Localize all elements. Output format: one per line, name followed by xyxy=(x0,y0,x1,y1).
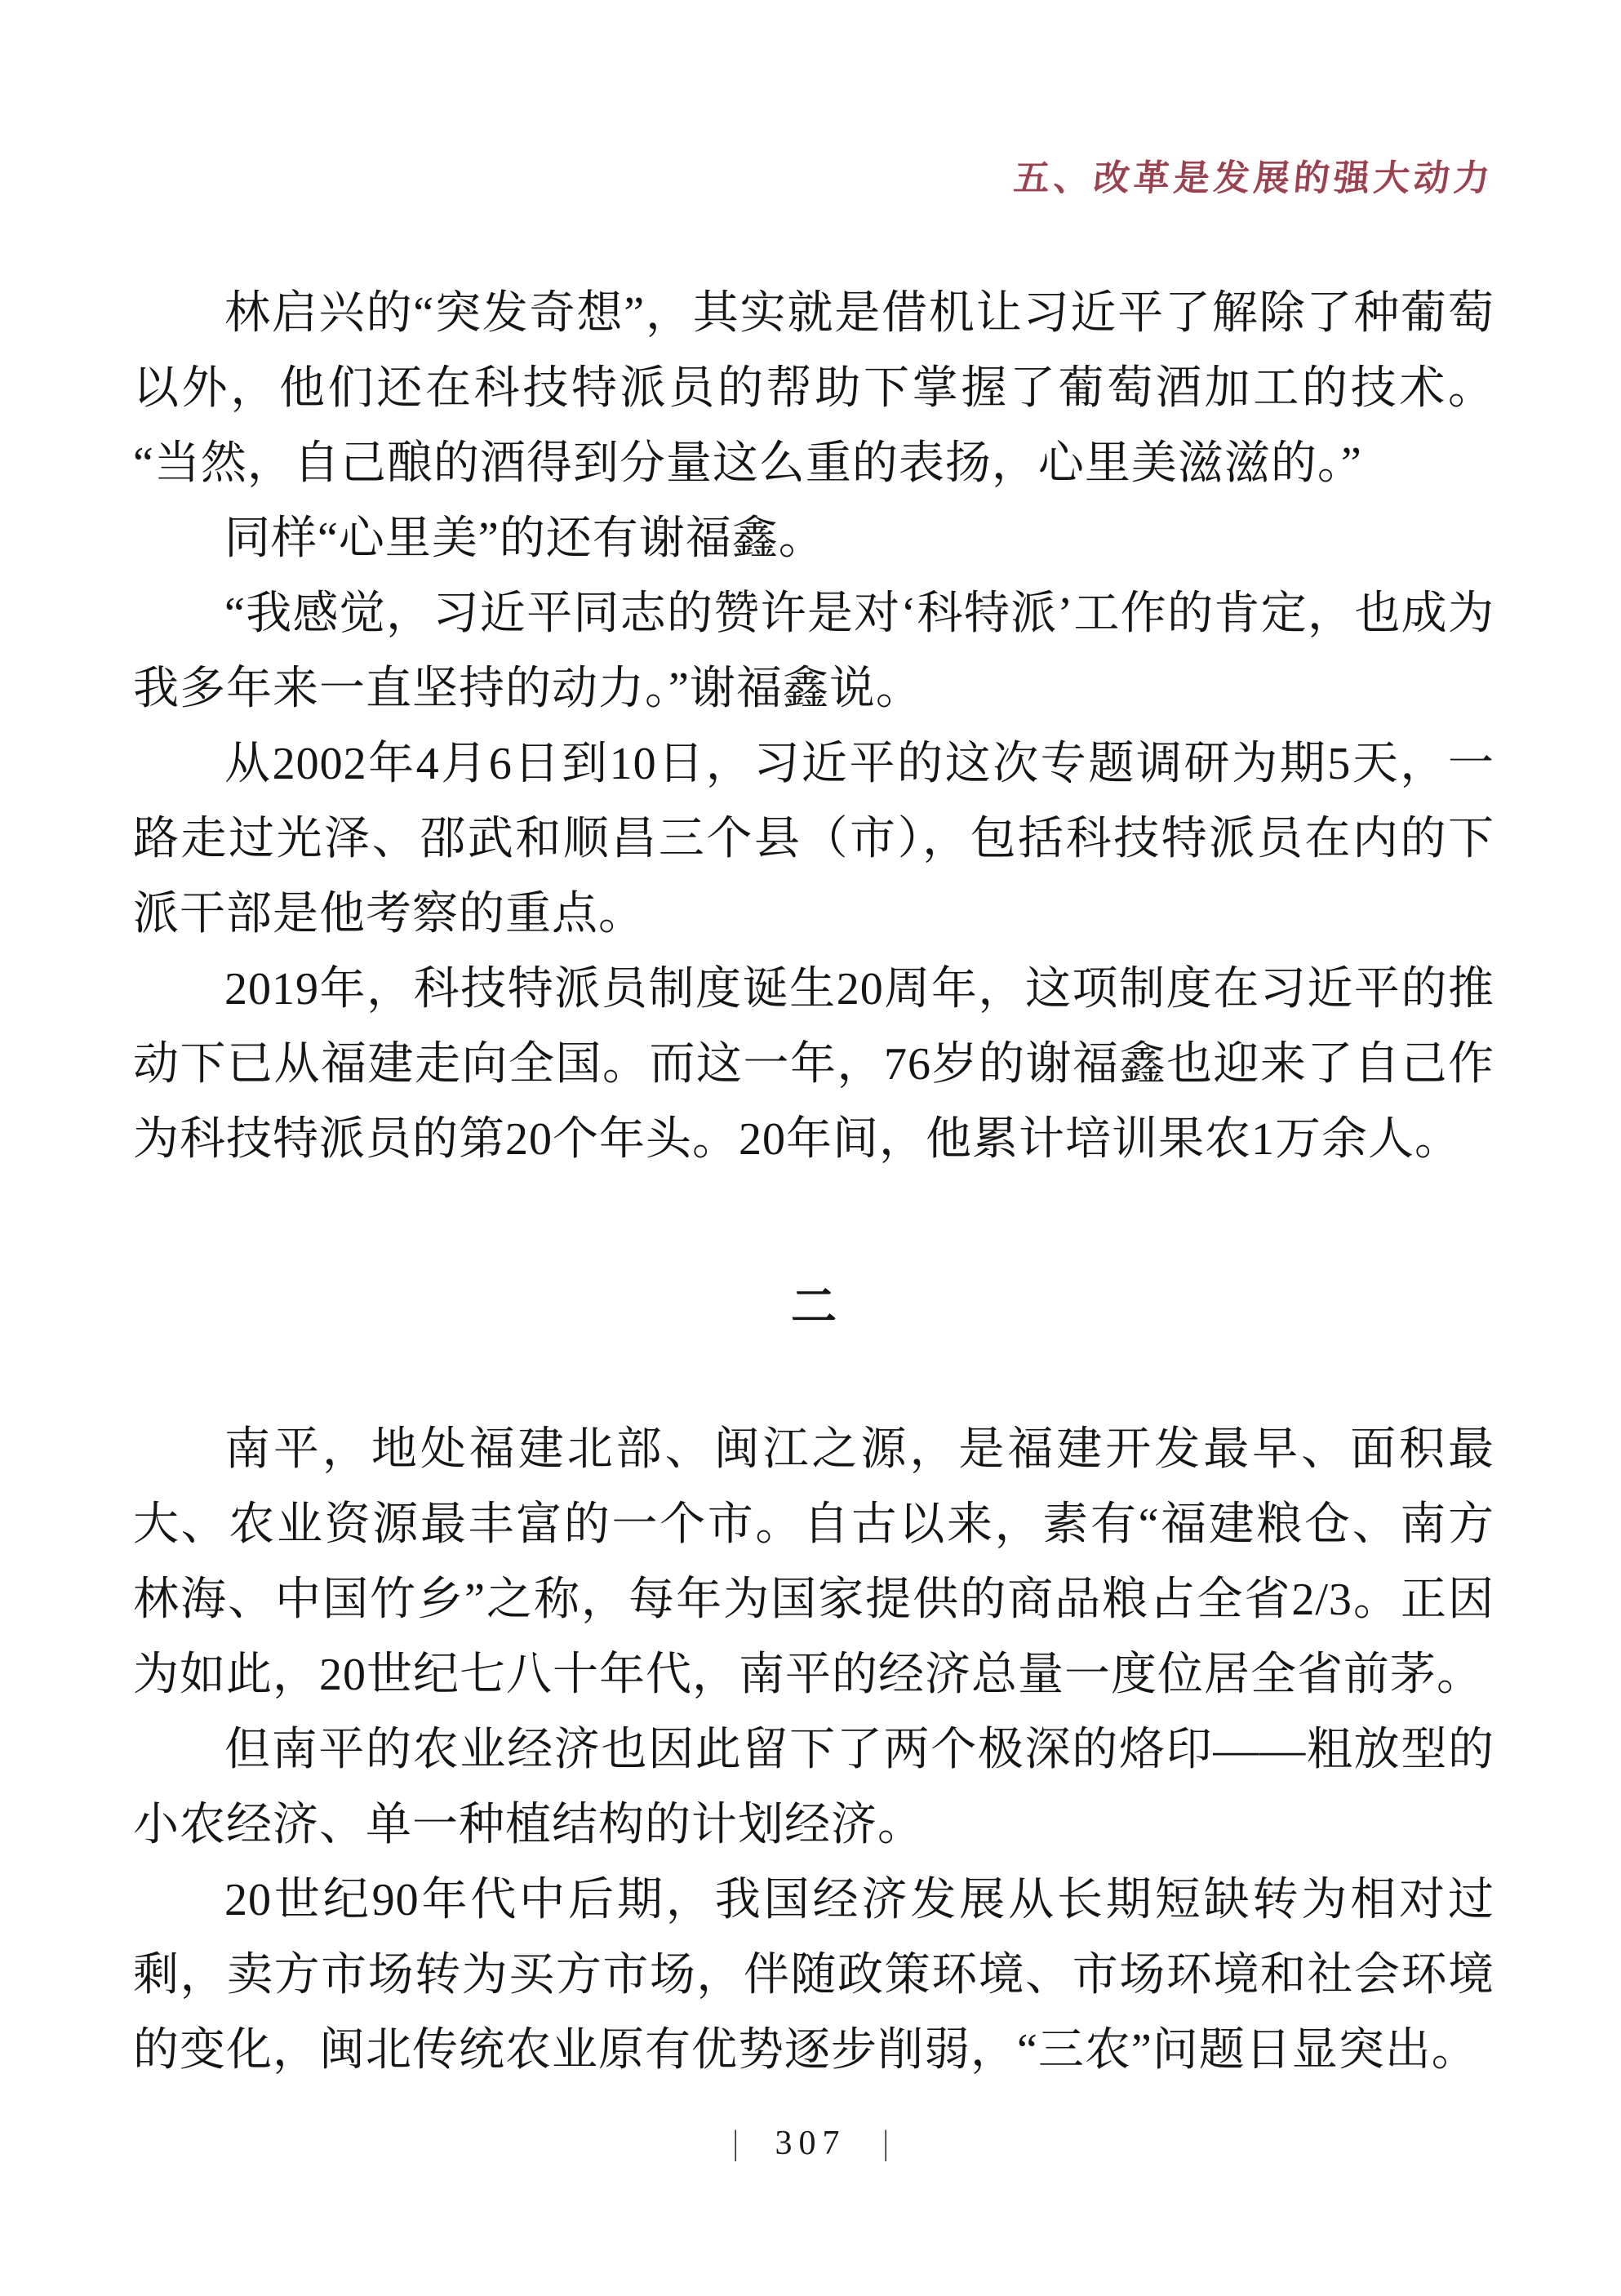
paragraph: 从2002年4月6日到10日，习近平的这次专题调研为期5天，一路走过光泽、邵武和… xyxy=(133,726,1494,952)
paragraph: 林启兴的“突发奇想”，其实就是借机让习近平了解除了种葡萄以外，他们还在科技特派员… xyxy=(133,276,1494,501)
page-footer: |307| xyxy=(0,2121,1621,2166)
running-header-title: 五、改革是发展的强大动力 xyxy=(1011,153,1495,204)
footer-left-bar: | xyxy=(733,2121,738,2166)
page-number: 307 xyxy=(775,2125,846,2162)
paragraph: 2019年，科技特派员制度诞生20周年，这项制度在习近平的推动下已从福建走向全国… xyxy=(133,952,1494,1177)
section-2-text: 南平，地处福建北部、闽江之源，是福建开发最早、面积最大、农业资源最丰富的一个市。… xyxy=(133,1412,1494,2088)
paragraph: 南平，地处福建北部、闽江之源，是福建开发最早、面积最大、农业资源最丰富的一个市。… xyxy=(133,1412,1494,1712)
paragraph: 但南平的农业经济也因此留下了两个极深的烙印——粗放型的小农经济、单一种植结构的计… xyxy=(133,1712,1494,1863)
paragraph: 同样“心里美”的还有谢福鑫。 xyxy=(133,501,1494,576)
footer-right-bar: | xyxy=(883,2121,888,2166)
paragraph: “我感觉，习近平同志的赞许是对‘科特派’工作的肯定，也成为我多年来一直坚持的动力… xyxy=(133,576,1494,726)
section-divider-heading: 二 xyxy=(133,1270,1494,1345)
paragraph: 20世纪90年代中后期，我国经济发展从长期短缺转为相对过剩，卖方市场转为买方市场… xyxy=(133,1863,1494,2088)
book-page: 五、改革是发展的强大动力 林启兴的“突发奇想”，其实就是借机让习近平了解除了种葡… xyxy=(0,0,1621,2296)
section-1-text: 林启兴的“突发奇想”，其实就是借机让习近平了解除了种葡萄以外，他们还在科技特派员… xyxy=(133,276,1494,1177)
